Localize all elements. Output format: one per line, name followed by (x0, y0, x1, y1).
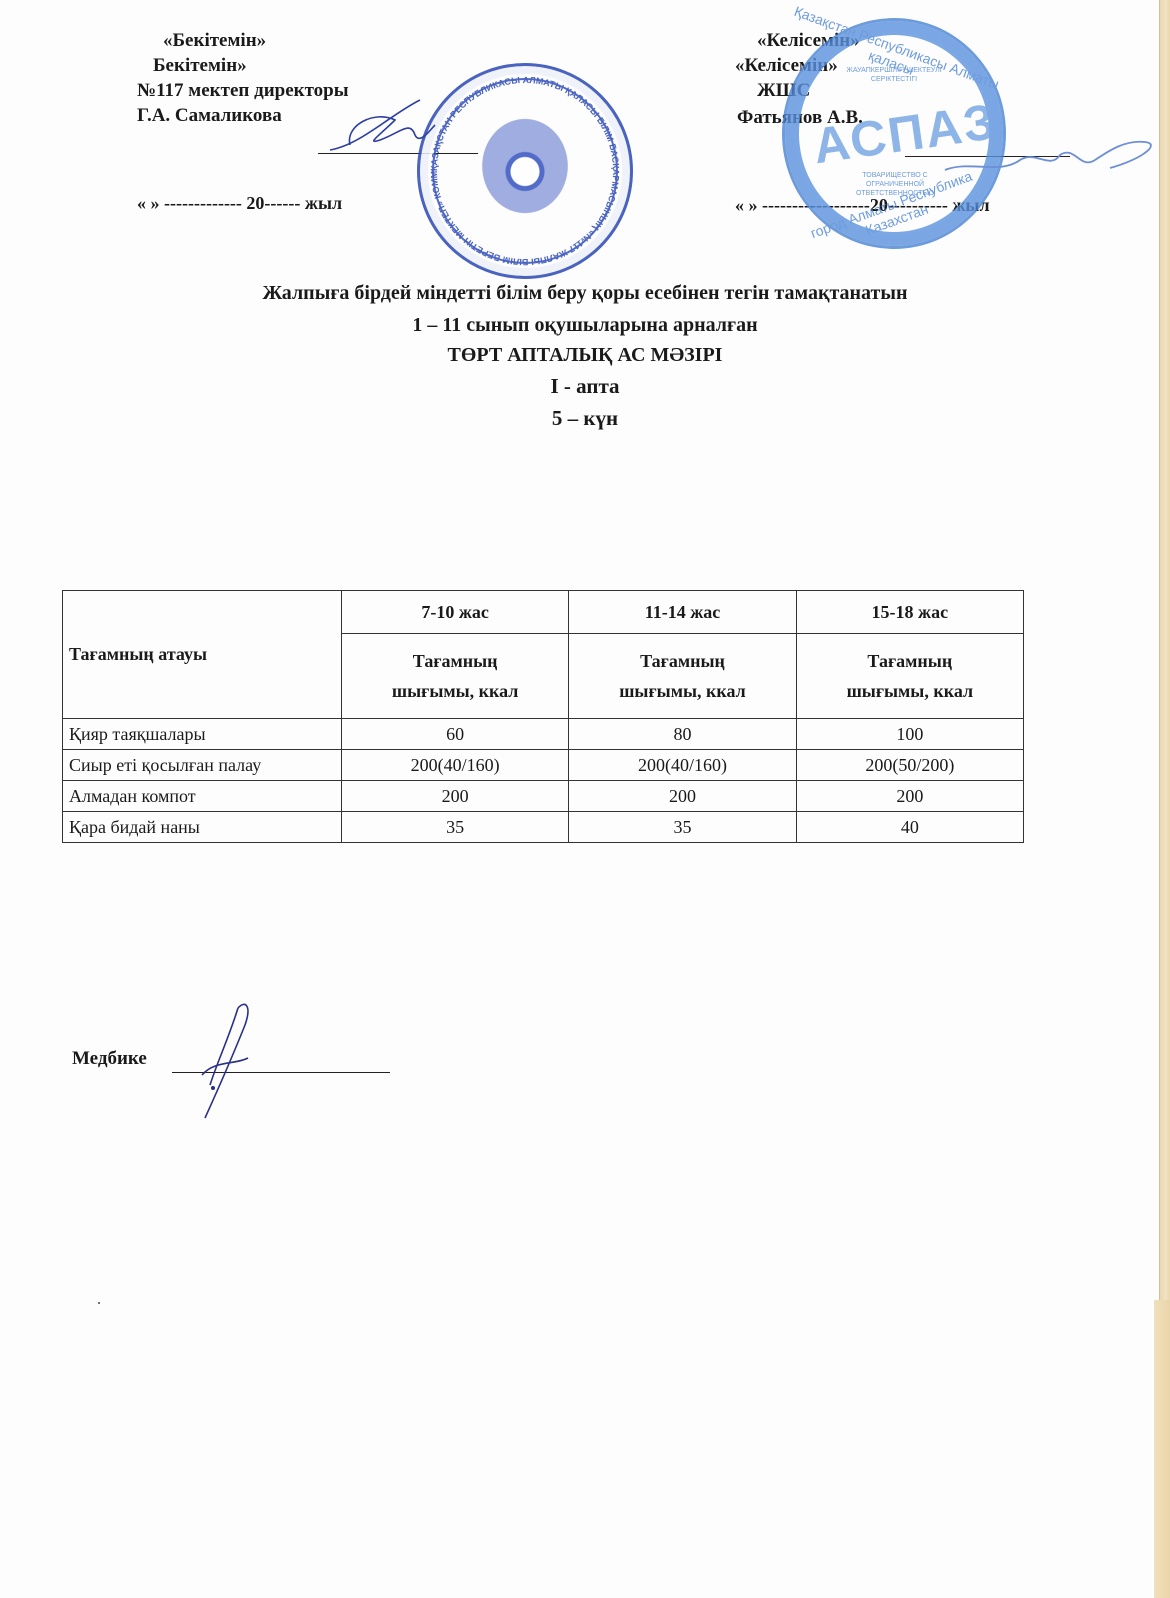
dish-value: 200(40/160) (342, 750, 569, 781)
approval-title-repeat: Бекітемін» (153, 55, 247, 77)
director-name: Г.А. Самаликова (137, 105, 282, 127)
document-title: ТӨРТ АПТАЛЫҚ АС МӘЗІРІ (0, 343, 1170, 367)
dish-value: 200 (796, 781, 1023, 812)
dish-name: Қияр таяқшалары (63, 719, 342, 750)
yield-header: Тағамныңшығымы, ккал (796, 634, 1023, 719)
nurse-signature (190, 1000, 270, 1125)
table-row: Сиыр еті қосылған палау 200(40/160) 200(… (63, 750, 1024, 781)
stamp-ring-text: ҚАЗАҚСТАН РЕСПУБЛИКАСЫ АЛМАТЫ ҚАЛАСЫ БІЛ… (420, 66, 630, 276)
table-row: Қияр таяқшалары 60 80 100 (63, 719, 1024, 750)
dish-value: 60 (342, 719, 569, 750)
age-group-header: 7-10 жас (342, 591, 569, 634)
document-audience: 1 – 11 сынып оқушыларына арналған (0, 313, 1170, 337)
company-signature (940, 130, 1170, 190)
dish-value: 200(50/200) (796, 750, 1023, 781)
stamp-top-text: Қазақстан Республикасы Алматы қаласы (786, 3, 1002, 108)
table-row: Қара бидай наны 35 35 40 (63, 812, 1024, 843)
dish-name-header: Тағамның атауы (63, 591, 342, 719)
document-subtitle: Жалпыға бірдей міндетті білім беру қоры … (0, 281, 1170, 305)
school-director-label: №117 мектеп директоры (137, 80, 349, 102)
date-line: « » ------------- 20------ жыл (137, 192, 342, 214)
stamp-inner-top: ЖАУАПКЕРШІЛІГІ ШЕКТЕУЛІ СЕРІКТЕСТІГІ (835, 66, 953, 84)
yield-header: Тағамныңшығымы, ккал (569, 634, 796, 719)
school-stamp: ҚАЗАҚСТАН РЕСПУБЛИКАСЫ АЛМАТЫ ҚАЛАСЫ БІЛ… (417, 63, 633, 279)
dish-value: 200 (569, 781, 796, 812)
paper-speck (98, 1302, 100, 1304)
age-group-header: 11-14 жас (569, 591, 796, 634)
dish-value: 200(40/160) (569, 750, 796, 781)
dish-name: Қара бидай наны (63, 812, 342, 843)
dish-value: 35 (569, 812, 796, 843)
nurse-label: Медбике (72, 1048, 147, 1070)
dish-value: 35 (342, 812, 569, 843)
table-row: Алмадан компот 200 200 200 (63, 781, 1024, 812)
day-label: 5 – күн (0, 406, 1170, 430)
dish-name: Сиыр еті қосылған палау (63, 750, 342, 781)
svg-text:ҚАЗАҚСТАН РЕСПУБЛИКАСЫ АЛМАТЫ: ҚАЗАҚСТАН РЕСПУБЛИКАСЫ АЛМАТЫ ҚАЛАСЫ БІЛ… (420, 66, 621, 267)
dish-name: Алмадан компот (63, 781, 342, 812)
dish-value: 80 (569, 719, 796, 750)
age-group-header: 15-18 жас (796, 591, 1023, 634)
dish-value: 200 (342, 781, 569, 812)
dish-value: 100 (796, 719, 1023, 750)
week-label: І - апта (0, 374, 1170, 398)
menu-table: Тағамның атауы 7-10 жас 11-14 жас 15-18 … (62, 590, 1024, 843)
yield-header: Тағамныңшығымы, ккал (342, 634, 569, 719)
approval-title: «Бекітемін» (163, 30, 266, 52)
director-signature (320, 95, 440, 165)
paper-edge (1154, 1300, 1170, 1598)
dish-value: 40 (796, 812, 1023, 843)
